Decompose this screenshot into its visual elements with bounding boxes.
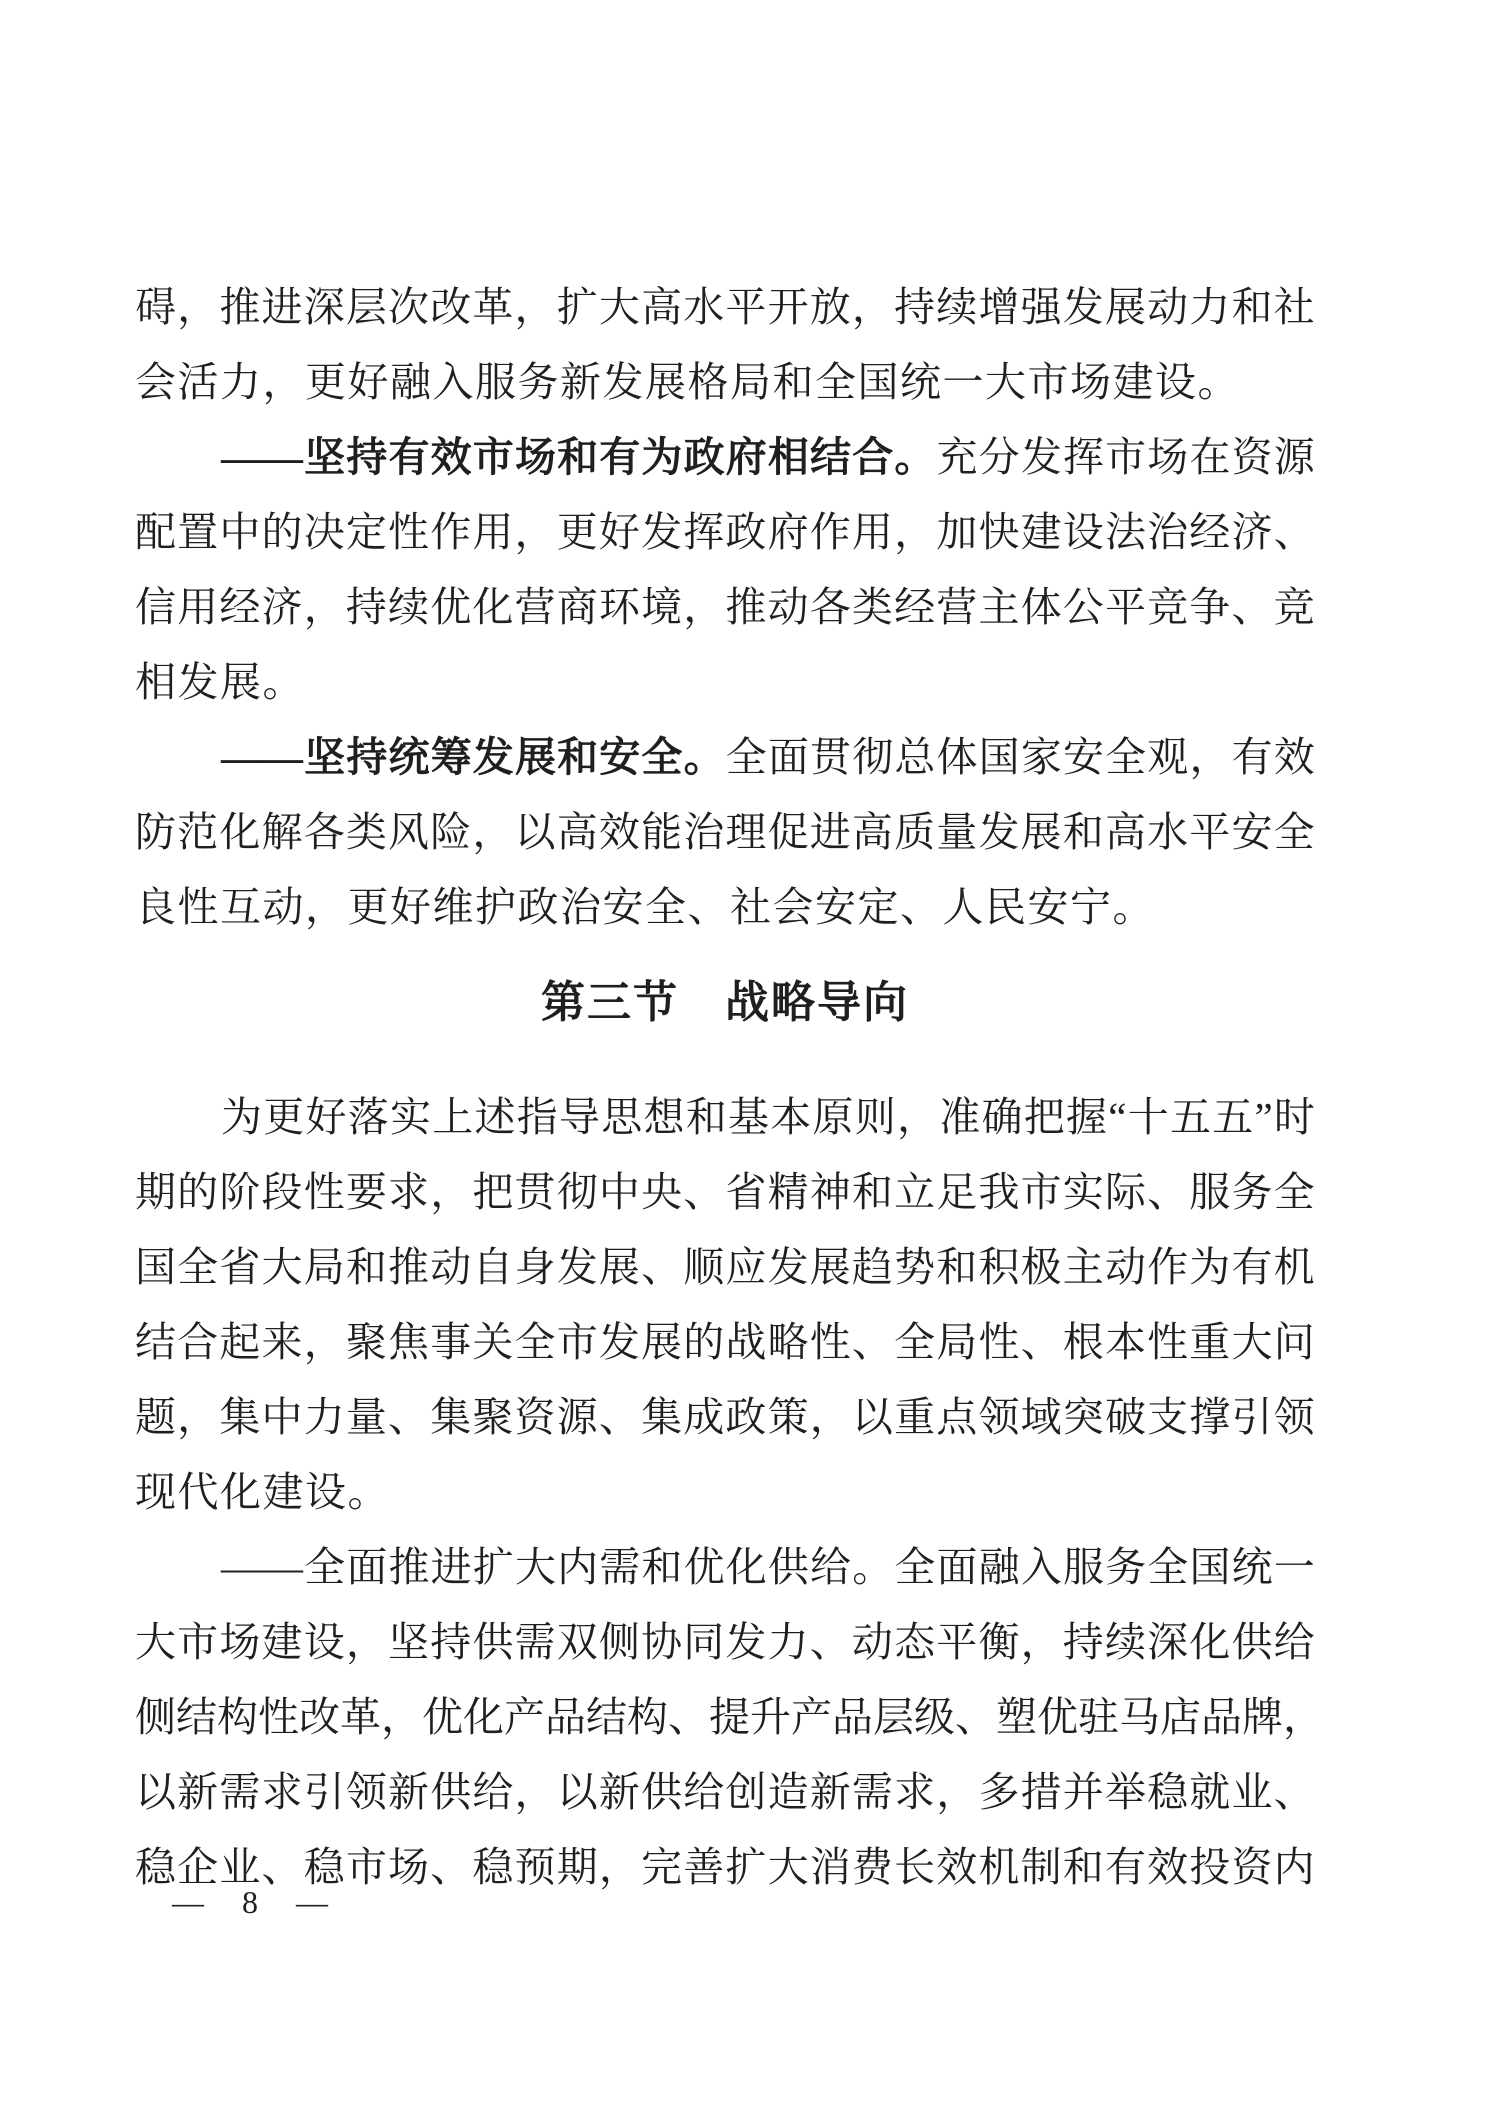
char: 关	[472, 1305, 513, 1380]
char: 济	[262, 570, 303, 645]
char: 挥	[1063, 420, 1104, 495]
text-line: 为更好落实上述指导思想和基本原则，准确把握“十五五”时	[135, 1080, 1315, 1155]
char: 品	[832, 1680, 873, 1755]
char: 构	[217, 1680, 258, 1755]
char: 革	[472, 270, 513, 345]
bold-char: 有	[599, 420, 640, 495]
char: 改	[299, 1680, 340, 1755]
char: 次	[388, 270, 429, 345]
char: 场	[219, 1605, 260, 1680]
char: ，	[304, 570, 345, 645]
char: 造	[768, 1755, 809, 1830]
char: 态	[894, 1605, 935, 1680]
bold-char: 持	[346, 420, 387, 495]
bold-char: 合	[852, 420, 893, 495]
char: 坚	[388, 1605, 429, 1680]
char: 和	[686, 1080, 727, 1155]
char: 高	[641, 270, 682, 345]
char: ，	[1189, 720, 1230, 795]
char: 重	[1189, 1305, 1230, 1380]
text-line: ——全面推进扩大内需和优化供给。全面融入服务全国统一	[135, 1530, 1315, 1605]
char: 阶	[219, 1155, 260, 1230]
char: 彻	[557, 1155, 598, 1230]
char: 供	[472, 1605, 513, 1680]
bold-char: 府	[726, 420, 767, 495]
text-line: 结合起来，聚焦事关全市发展的战略性、全局性、根本性重大问	[135, 1305, 1315, 1380]
char: 性	[304, 1155, 345, 1230]
bold-char: 为	[641, 420, 682, 495]
char: 神	[810, 1155, 851, 1230]
char: ，	[897, 1080, 938, 1155]
char: 、	[668, 1680, 709, 1755]
char: 局	[936, 1305, 977, 1380]
char: 确	[982, 1080, 1023, 1155]
char: 势	[894, 1230, 935, 1305]
char: 同	[683, 1605, 724, 1680]
char: 市	[177, 1605, 218, 1680]
char: 发	[725, 1605, 766, 1680]
char: 新	[599, 1755, 640, 1830]
char: 需	[515, 1605, 556, 1680]
char: 化	[472, 570, 513, 645]
char: 新	[388, 1755, 429, 1830]
char: 合	[177, 1305, 218, 1380]
char: 结	[135, 1305, 176, 1380]
char: 服	[1063, 1530, 1104, 1605]
document-body: 碍，推进深层次改革，扩大高水平开放，持续增强发展动力和社会活力，更好融入服务新发…	[135, 270, 1315, 1905]
char: 府	[768, 495, 809, 570]
char: 指	[517, 1080, 558, 1155]
char: 国	[979, 720, 1020, 795]
char: 要	[346, 1155, 387, 1230]
char: 展	[599, 1230, 640, 1305]
char: 平	[1105, 570, 1146, 645]
char: 十	[1128, 1080, 1169, 1155]
char: 有	[1232, 720, 1273, 795]
char: 五	[1170, 1080, 1211, 1155]
char: 效	[1274, 720, 1315, 795]
char: 面	[937, 1530, 978, 1605]
char: 集	[219, 1380, 260, 1455]
char: 高	[1105, 795, 1146, 870]
char: 述	[475, 1080, 516, 1155]
char: 推	[219, 270, 260, 345]
char: 题	[135, 1380, 176, 1455]
char: 以	[852, 1380, 893, 1455]
char: 好	[306, 1080, 347, 1155]
char: 根	[1063, 1305, 1104, 1380]
char: 面	[346, 1530, 387, 1605]
char: 境	[641, 570, 682, 645]
bold-char: 发	[473, 720, 514, 795]
char: 展	[641, 1305, 682, 1380]
char: 平	[725, 270, 766, 345]
char: 全	[1147, 1530, 1188, 1605]
char: 牌	[1242, 1680, 1283, 1755]
char: 自	[472, 1230, 513, 1305]
char: 趋	[852, 1230, 893, 1305]
char: 措	[1021, 1755, 1062, 1830]
char: 、	[1021, 1305, 1062, 1380]
char: 理	[725, 795, 766, 870]
text-segment: 现代化建设。	[135, 1469, 390, 1515]
char: 营	[515, 570, 556, 645]
char: 务	[1231, 1155, 1272, 1230]
bold-char: 安	[599, 720, 640, 795]
char: 争	[1189, 570, 1230, 645]
char: 结	[586, 1680, 627, 1755]
char: 全	[894, 1530, 935, 1605]
char: 求	[894, 1755, 935, 1830]
char: 全	[726, 720, 767, 795]
char: 在	[1189, 420, 1230, 495]
bold-char: 。	[684, 720, 725, 795]
char: 动	[768, 570, 809, 645]
char: 力	[304, 1380, 345, 1455]
char: 成	[683, 1380, 724, 1455]
char: 引	[1231, 1380, 1272, 1455]
char: 供	[641, 1755, 682, 1830]
char: 准	[939, 1080, 980, 1155]
char: 革	[340, 1680, 381, 1755]
char: 。	[852, 1530, 893, 1605]
char: 、	[599, 1380, 640, 1455]
char: 力	[768, 1605, 809, 1680]
char: 结	[176, 1680, 217, 1755]
char: 国	[1189, 1530, 1230, 1605]
char: 多	[978, 1755, 1019, 1830]
char: 全	[304, 1530, 345, 1605]
char: 高	[852, 795, 893, 870]
char: 市	[557, 1305, 598, 1380]
char: 动	[430, 1230, 471, 1305]
char: 公	[1063, 570, 1104, 645]
char: 治	[683, 795, 724, 870]
char: 高	[557, 795, 598, 870]
char: 内	[1274, 1830, 1315, 1905]
char: 和	[1231, 270, 1272, 345]
char: 发	[599, 1305, 640, 1380]
char: 给	[810, 1530, 851, 1605]
char: 提	[709, 1680, 750, 1755]
char: 内	[557, 1530, 598, 1605]
char: ，	[683, 570, 724, 645]
char: 点	[936, 1380, 977, 1455]
char: 有	[1231, 1230, 1272, 1305]
char: 我	[978, 1155, 1019, 1230]
char: 彻	[852, 720, 893, 795]
char: 化	[463, 1680, 504, 1755]
char: 作	[430, 495, 471, 570]
char: 、	[1147, 1155, 1188, 1230]
char: ，	[894, 495, 935, 570]
char: 驻	[1078, 1680, 1119, 1755]
char: 和	[936, 1230, 977, 1305]
char: 全	[1274, 795, 1315, 870]
char: 消	[810, 1830, 851, 1905]
char: 双	[557, 1605, 598, 1680]
text-line: 防范化解各类风险，以高效能治理促进高质量发展和高水平安全	[135, 795, 1315, 870]
char: 思	[601, 1080, 642, 1155]
char: ，	[177, 1380, 218, 1455]
char: 化	[219, 795, 260, 870]
char: 期	[135, 1155, 176, 1230]
char: 把	[1024, 1080, 1065, 1155]
text-line: 配置中的决定性作用，更好发挥政府作用，加快建设法治经济、	[135, 495, 1315, 570]
char: 入	[1021, 1530, 1062, 1605]
char: 风	[388, 795, 429, 870]
char: 应	[725, 1230, 766, 1305]
char: 重	[894, 1380, 935, 1455]
char: 握	[1066, 1080, 1107, 1155]
char: 制	[1021, 1830, 1062, 1905]
char: 展	[810, 1230, 851, 1305]
char: 扩	[725, 1830, 766, 1905]
char: 续	[388, 570, 429, 645]
char: 量	[936, 795, 977, 870]
char: 预	[515, 1830, 556, 1905]
char: 举	[1105, 1755, 1146, 1830]
char: 定	[346, 495, 387, 570]
text-line: 期的阶段性要求，把贯彻中央、省精神和立足我市实际、服务全	[135, 1155, 1315, 1230]
text-segment: 良性互动，更好维护政治安全、社会安定、人民安宁。	[135, 884, 1155, 930]
char: 、	[1231, 570, 1272, 645]
char: 事	[430, 1305, 471, 1380]
char: 时	[1274, 1080, 1315, 1155]
char: 续	[1105, 1605, 1146, 1680]
char: 来	[262, 1305, 303, 1380]
char: 性	[978, 1305, 1019, 1380]
char: 和	[1063, 795, 1104, 870]
char: 马	[1119, 1680, 1160, 1755]
char: 支	[1147, 1380, 1188, 1455]
char: ，	[936, 1755, 977, 1830]
char: 力	[1189, 270, 1230, 345]
char: 五	[1212, 1080, 1253, 1155]
bold-char: 坚	[304, 420, 345, 495]
char: 供	[430, 1755, 471, 1830]
char: 塑	[996, 1680, 1037, 1755]
char: 务	[1105, 1530, 1146, 1605]
char: 各	[304, 795, 345, 870]
char: 需	[219, 1755, 260, 1830]
char: 立	[894, 1155, 935, 1230]
char: 以	[515, 795, 556, 870]
char: 店	[1160, 1680, 1201, 1755]
char: 撑	[1189, 1380, 1230, 1455]
char: 稳	[1147, 1755, 1188, 1830]
char: 家	[1021, 720, 1062, 795]
char: 产	[504, 1680, 545, 1755]
char: 本	[1105, 1305, 1146, 1380]
char: ，	[472, 795, 513, 870]
section-heading: 第三节 战略导向	[135, 965, 1315, 1040]
char: 险	[430, 795, 471, 870]
bold-char: 相	[768, 420, 809, 495]
char: 展	[1021, 795, 1062, 870]
char: 效	[599, 795, 640, 870]
char: 一	[1274, 1530, 1315, 1605]
char: 快	[978, 495, 1019, 570]
text-line: 良性互动，更好维护政治安全、社会安定、人民安宁。	[135, 870, 1315, 945]
char: 化	[1189, 1605, 1230, 1680]
char: 集	[641, 1380, 682, 1455]
char: 就	[1189, 1755, 1230, 1830]
char: ，	[515, 495, 556, 570]
char: 能	[641, 795, 682, 870]
text-line: ——坚持有效市场和有为政府相结合。充分发挥市场在资源	[135, 420, 1315, 495]
bold-char: 坚	[304, 720, 345, 795]
char: 全	[177, 1230, 218, 1305]
text-line: 碍，推进深层次改革，扩大高水平开放，持续增强发展动力和社	[135, 270, 1315, 345]
char: 面	[768, 720, 809, 795]
char: 发	[1063, 270, 1104, 345]
char: 经	[1189, 495, 1230, 570]
char: 效	[1147, 1830, 1188, 1905]
bold-char: 政	[684, 420, 725, 495]
char: 大	[1231, 1305, 1272, 1380]
char: 服	[1189, 1155, 1230, 1230]
char: 强	[1021, 270, 1062, 345]
char: 机	[1274, 1230, 1315, 1305]
char: 投	[1189, 1830, 1230, 1905]
char: 给	[1274, 1605, 1315, 1680]
char: 创	[725, 1755, 766, 1830]
char: 的	[177, 1155, 218, 1230]
char: ，	[810, 1380, 851, 1455]
char: 平	[1189, 795, 1230, 870]
char: 机	[978, 1830, 1019, 1905]
char: 设	[1063, 495, 1104, 570]
char: 范	[177, 795, 218, 870]
char: 、	[1274, 495, 1315, 570]
bold-char: 。	[894, 420, 935, 495]
char: 优	[422, 1680, 463, 1755]
char: 平	[936, 1605, 977, 1680]
char: ，	[599, 1830, 640, 1905]
char: ，	[515, 1755, 556, 1830]
char: 、	[810, 1605, 851, 1680]
char: 大	[515, 1530, 556, 1605]
char: 作	[1147, 1230, 1188, 1305]
bold-char: 结	[810, 420, 851, 495]
char: 济	[1231, 495, 1272, 570]
char: 的	[683, 1305, 724, 1380]
char: “	[1108, 1080, 1126, 1155]
char: 局	[304, 1230, 345, 1305]
char: 量	[346, 1380, 387, 1455]
char: 新	[810, 1755, 851, 1830]
char: 侧	[599, 1605, 640, 1680]
bold-char: ——	[221, 720, 303, 795]
char: 想	[644, 1080, 685, 1155]
char: 动	[1105, 1230, 1146, 1305]
bold-char: 全	[641, 720, 682, 795]
char: 观	[1147, 720, 1188, 795]
char: 突	[1063, 1380, 1104, 1455]
char: 善	[683, 1830, 724, 1905]
char: 费	[852, 1830, 893, 1905]
char: 水	[683, 270, 724, 345]
char: 商	[557, 570, 598, 645]
char: 发	[978, 795, 1019, 870]
char: 统	[1232, 1530, 1273, 1605]
char: 聚	[472, 1380, 513, 1455]
char: ，	[430, 1155, 471, 1230]
char: 推	[725, 570, 766, 645]
char: 质	[894, 795, 935, 870]
char: 稳	[135, 1830, 176, 1905]
char: 促	[768, 795, 809, 870]
document-page: 碍，推进深层次改革，扩大高水平开放，持续增强发展动力和社会活力，更好融入服务新发…	[0, 0, 1486, 2103]
char: 积	[978, 1230, 1019, 1305]
char: 并	[1063, 1755, 1104, 1830]
char: 完	[641, 1830, 682, 1905]
char: 化	[726, 1530, 767, 1605]
char: 问	[1274, 1305, 1315, 1380]
char: 省	[219, 1230, 260, 1305]
char: 期	[557, 1830, 598, 1905]
char: 大	[262, 1230, 303, 1305]
char: 极	[1021, 1230, 1062, 1305]
char: 领	[978, 1380, 1019, 1455]
text-segment: 会活力，更好融入服务新发展格局和全国统一大市场建设。	[135, 359, 1240, 405]
page-number: — 8 —	[172, 1884, 336, 1921]
char: 有	[1105, 1830, 1146, 1905]
bold-char: 展	[515, 720, 556, 795]
text-line: 信用经济，持续优化营商环境，推动各类经营主体公平竞争、竞	[135, 570, 1315, 645]
char: 导	[559, 1080, 600, 1155]
char: 央	[641, 1155, 682, 1230]
char: 资	[515, 1380, 556, 1455]
char: 优	[684, 1530, 725, 1605]
char: 更	[263, 1080, 304, 1155]
char: 开	[768, 270, 809, 345]
char: 水	[1147, 795, 1188, 870]
char: 给	[683, 1755, 724, 1830]
bold-char: 筹	[431, 720, 472, 795]
char: 大	[768, 1830, 809, 1905]
char: 新	[177, 1755, 218, 1830]
char: 类	[346, 795, 387, 870]
char: 营	[936, 570, 977, 645]
char: 和	[1063, 1830, 1104, 1905]
char: 优	[1037, 1680, 1078, 1755]
char: 需	[599, 1530, 640, 1605]
char: 和	[346, 1230, 387, 1305]
char: 层	[873, 1680, 914, 1755]
char: ，	[1021, 1605, 1062, 1680]
char: 品	[1201, 1680, 1242, 1755]
char: 用	[852, 495, 893, 570]
char: 中	[599, 1155, 640, 1230]
char: 升	[750, 1680, 791, 1755]
char: 策	[768, 1380, 809, 1455]
char: 深	[304, 270, 345, 345]
char: 市	[346, 1830, 387, 1905]
bold-char: 持	[346, 720, 387, 795]
char: 战	[725, 1305, 766, 1380]
char: 续	[936, 270, 977, 345]
char: 资	[1231, 1830, 1272, 1905]
char: 持	[430, 1605, 471, 1680]
char: 经	[219, 570, 260, 645]
char: 全	[1105, 720, 1146, 795]
char: 性	[258, 1680, 299, 1755]
char: 更	[557, 495, 598, 570]
char: 、	[430, 1830, 471, 1905]
char: 实	[390, 1080, 431, 1155]
